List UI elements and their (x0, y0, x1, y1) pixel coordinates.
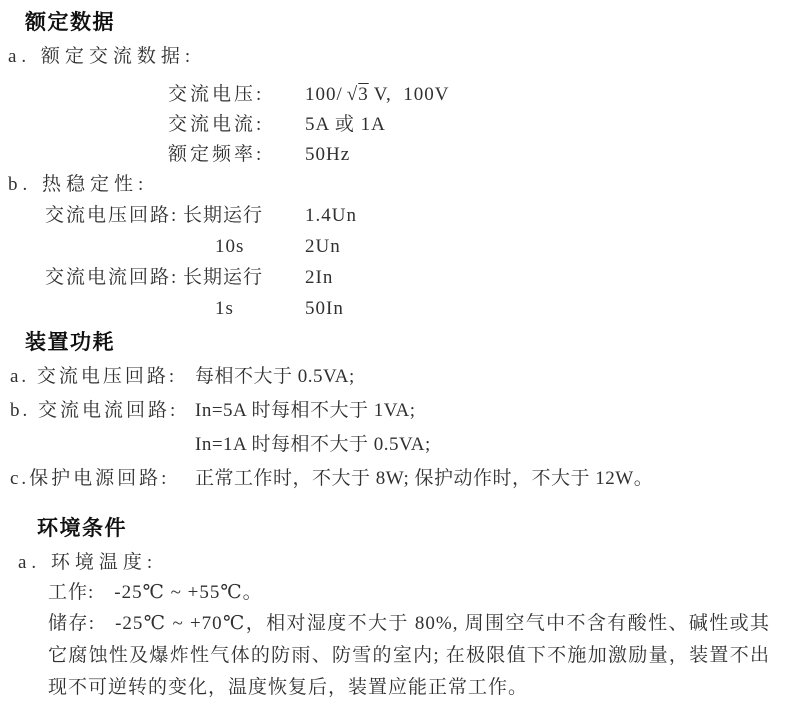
current-longterm-value: 2In (305, 262, 333, 293)
ac-voltage-value-post: V, 100V (374, 84, 450, 105)
table-row-current-circuit-power-5a: b. 交流电流回路: In=5A 时每相不大于 1VA; (8, 394, 772, 428)
table-row-current-circuit-1s: 1s 50In (8, 293, 772, 324)
current-circuit-power-1a-value: In=1A 时每相不大于 0.5VA; (195, 428, 431, 462)
storage-paragraph: 储存:-25℃ ~ +70℃，相对湿度不大于 80%, 周围空气中不含有酸性、碱… (48, 608, 772, 704)
table-row-rated-frequency: 额定频率: 50Hz (8, 140, 772, 170)
empty-label (10, 428, 195, 462)
empty-label (45, 293, 183, 324)
table-row-current-circuit-longterm: 交流电流回路: 长期运行 2In (8, 262, 772, 293)
document-page: 额定数据 a. 额定交流数据: 交流电压: 100/√3V, 100V 交流电流… (0, 0, 790, 716)
working-label: 工作: (48, 582, 94, 603)
voltage-circuit-power-label: a. 交流电压回路: (10, 360, 195, 394)
voltage-circuit-power-value: 每相不大于 0.5VA; (195, 360, 355, 394)
current-1s-value: 50In (305, 293, 344, 324)
current-circuit-power-5a-value: In=5A 时每相不大于 1VA; (195, 394, 416, 428)
thermal-stability-table: 交流电压回路: 长期运行 1.4Un 10s 2Un 交流电流回路: 长期运行 … (8, 200, 772, 324)
current-circuit-label: 交流电流回路: (45, 262, 183, 293)
ac-current-label: 交流电流: (168, 110, 305, 140)
storage-conditions-text: -25℃ ~ +70℃，相对湿度不大于 80%, 周围空气中不含有酸性、碱性或其… (48, 613, 770, 698)
rated-data-heading: 额定数据 (25, 8, 772, 36)
table-row-voltage-circuit-longterm: 交流电压回路: 长期运行 1.4Un (8, 200, 772, 231)
ambient-temperature-item-label: a. 环境温度: (18, 548, 772, 578)
voltage-10s-value: 2Un (305, 231, 341, 262)
voltage-longterm-value: 1.4Un (305, 200, 357, 231)
ac-voltage-value-pre: 100/ (305, 84, 343, 105)
rated-frequency-value: 50Hz (305, 140, 350, 170)
table-row-voltage-circuit-power: a. 交流电压回路: 每相不大于 0.5VA; (8, 360, 772, 394)
condition-10s: 10s (183, 231, 305, 262)
ac-voltage-label: 交流电压: (168, 80, 305, 110)
table-row-protection-supply-power: c.保护电源回路: 正常工作时，不大于 8W; 保护动作时，不大于 12W。 (8, 462, 772, 496)
table-row-ac-voltage: 交流电压: 100/√3V, 100V (8, 80, 772, 110)
rated-ac-item-label: a. 额定交流数据: (8, 42, 772, 72)
section-rated-data: 额定数据 a. 额定交流数据: 交流电压: 100/√3V, 100V 交流电流… (8, 8, 772, 324)
storage-label: 储存: (48, 613, 95, 634)
protection-supply-label: c.保护电源回路: (10, 462, 195, 496)
current-circuit-power-label: b. 交流电流回路: (10, 394, 195, 428)
condition-1s: 1s (183, 293, 305, 324)
sqrt-argument: 3 (358, 84, 369, 105)
table-row-current-circuit-power-1a: In=1A 时每相不大于 0.5VA; (8, 428, 772, 462)
ac-current-value: 5A 或 1A (305, 110, 386, 140)
working-temperature-line: 工作:-25℃ ~ +55℃。 (48, 578, 772, 608)
condition-longterm: 长期运行 (183, 262, 305, 293)
voltage-circuit-label: 交流电压回路: (45, 200, 183, 231)
thermal-stability-item-label: b. 热稳定性: (8, 170, 772, 200)
sqrt-radical-sign: √ (347, 84, 358, 105)
table-row-voltage-circuit-10s: 10s 2Un (8, 231, 772, 262)
table-row-ac-current: 交流电流: 5A 或 1A (8, 110, 772, 140)
condition-longterm: 长期运行 (183, 200, 305, 231)
rated-frequency-label: 额定频率: (168, 140, 305, 170)
section-environment-conditions: 环境条件 a. 环境温度: 工作:-25℃ ~ +55℃。 储存:-25℃ ~ … (8, 514, 772, 704)
ac-voltage-value: 100/√3V, 100V (305, 80, 449, 110)
protection-supply-value: 正常工作时，不大于 8W; 保护动作时，不大于 12W。 (195, 462, 653, 496)
power-consumption-heading: 装置功耗 (25, 328, 772, 356)
rated-ac-table: 交流电压: 100/√3V, 100V 交流电流: 5A 或 1A 额定频率: … (8, 80, 772, 170)
environment-heading: 环境条件 (37, 514, 772, 542)
empty-label (45, 231, 183, 262)
working-temperature-value: -25℃ ~ +55℃。 (114, 582, 262, 603)
power-consumption-table: a. 交流电压回路: 每相不大于 0.5VA; b. 交流电流回路: In=5A… (8, 360, 772, 496)
section-power-consumption: 装置功耗 a. 交流电压回路: 每相不大于 0.5VA; b. 交流电流回路: … (8, 328, 772, 496)
